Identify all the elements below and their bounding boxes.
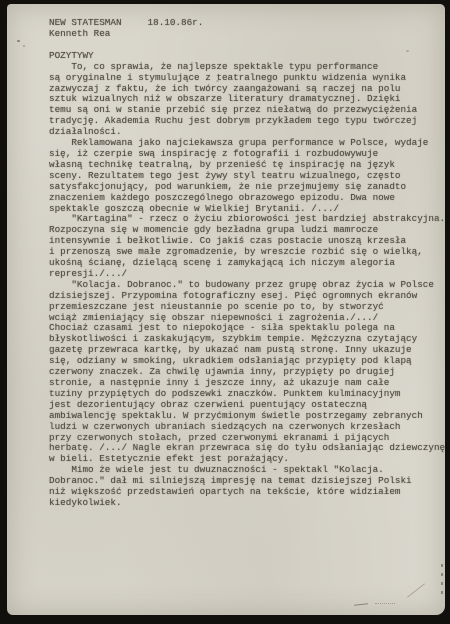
paragraph-1: To, co sprawia, że najlepsze spektakle t… <box>49 62 437 138</box>
document-header: NEW STATESMAN18.10.86r. Kenneth Rea <box>49 18 437 40</box>
pencil-smudge <box>407 583 425 597</box>
document-date: 18.10.86r. <box>148 18 204 29</box>
paragraph-4: "Kolacja. Dobranoc." to budowany przez g… <box>49 280 437 465</box>
pencil-smudge <box>375 603 395 604</box>
scan-edge-marks <box>441 564 443 598</box>
author-name: Kenneth Rea <box>49 29 437 40</box>
paragraph-5: Mimo że wiele jest tu dwuznaczności - sp… <box>49 465 437 509</box>
pencil-smudge <box>354 603 368 605</box>
paragraph-2: Reklamowana jako najciekawsza grupa perf… <box>49 138 437 214</box>
paragraph-3: "Kartagina" - rzecz o życiu zbiorowości … <box>49 214 437 279</box>
typewritten-text: NEW STATESMAN18.10.86r. Kenneth Rea POZY… <box>49 18 437 509</box>
document-page: NEW STATESMAN18.10.86r. Kenneth Rea POZY… <box>7 4 445 615</box>
scan-speck <box>17 40 20 42</box>
scan-background: NEW STATESMAN18.10.86r. Kenneth Rea POZY… <box>0 0 450 624</box>
scan-speck <box>23 45 25 47</box>
